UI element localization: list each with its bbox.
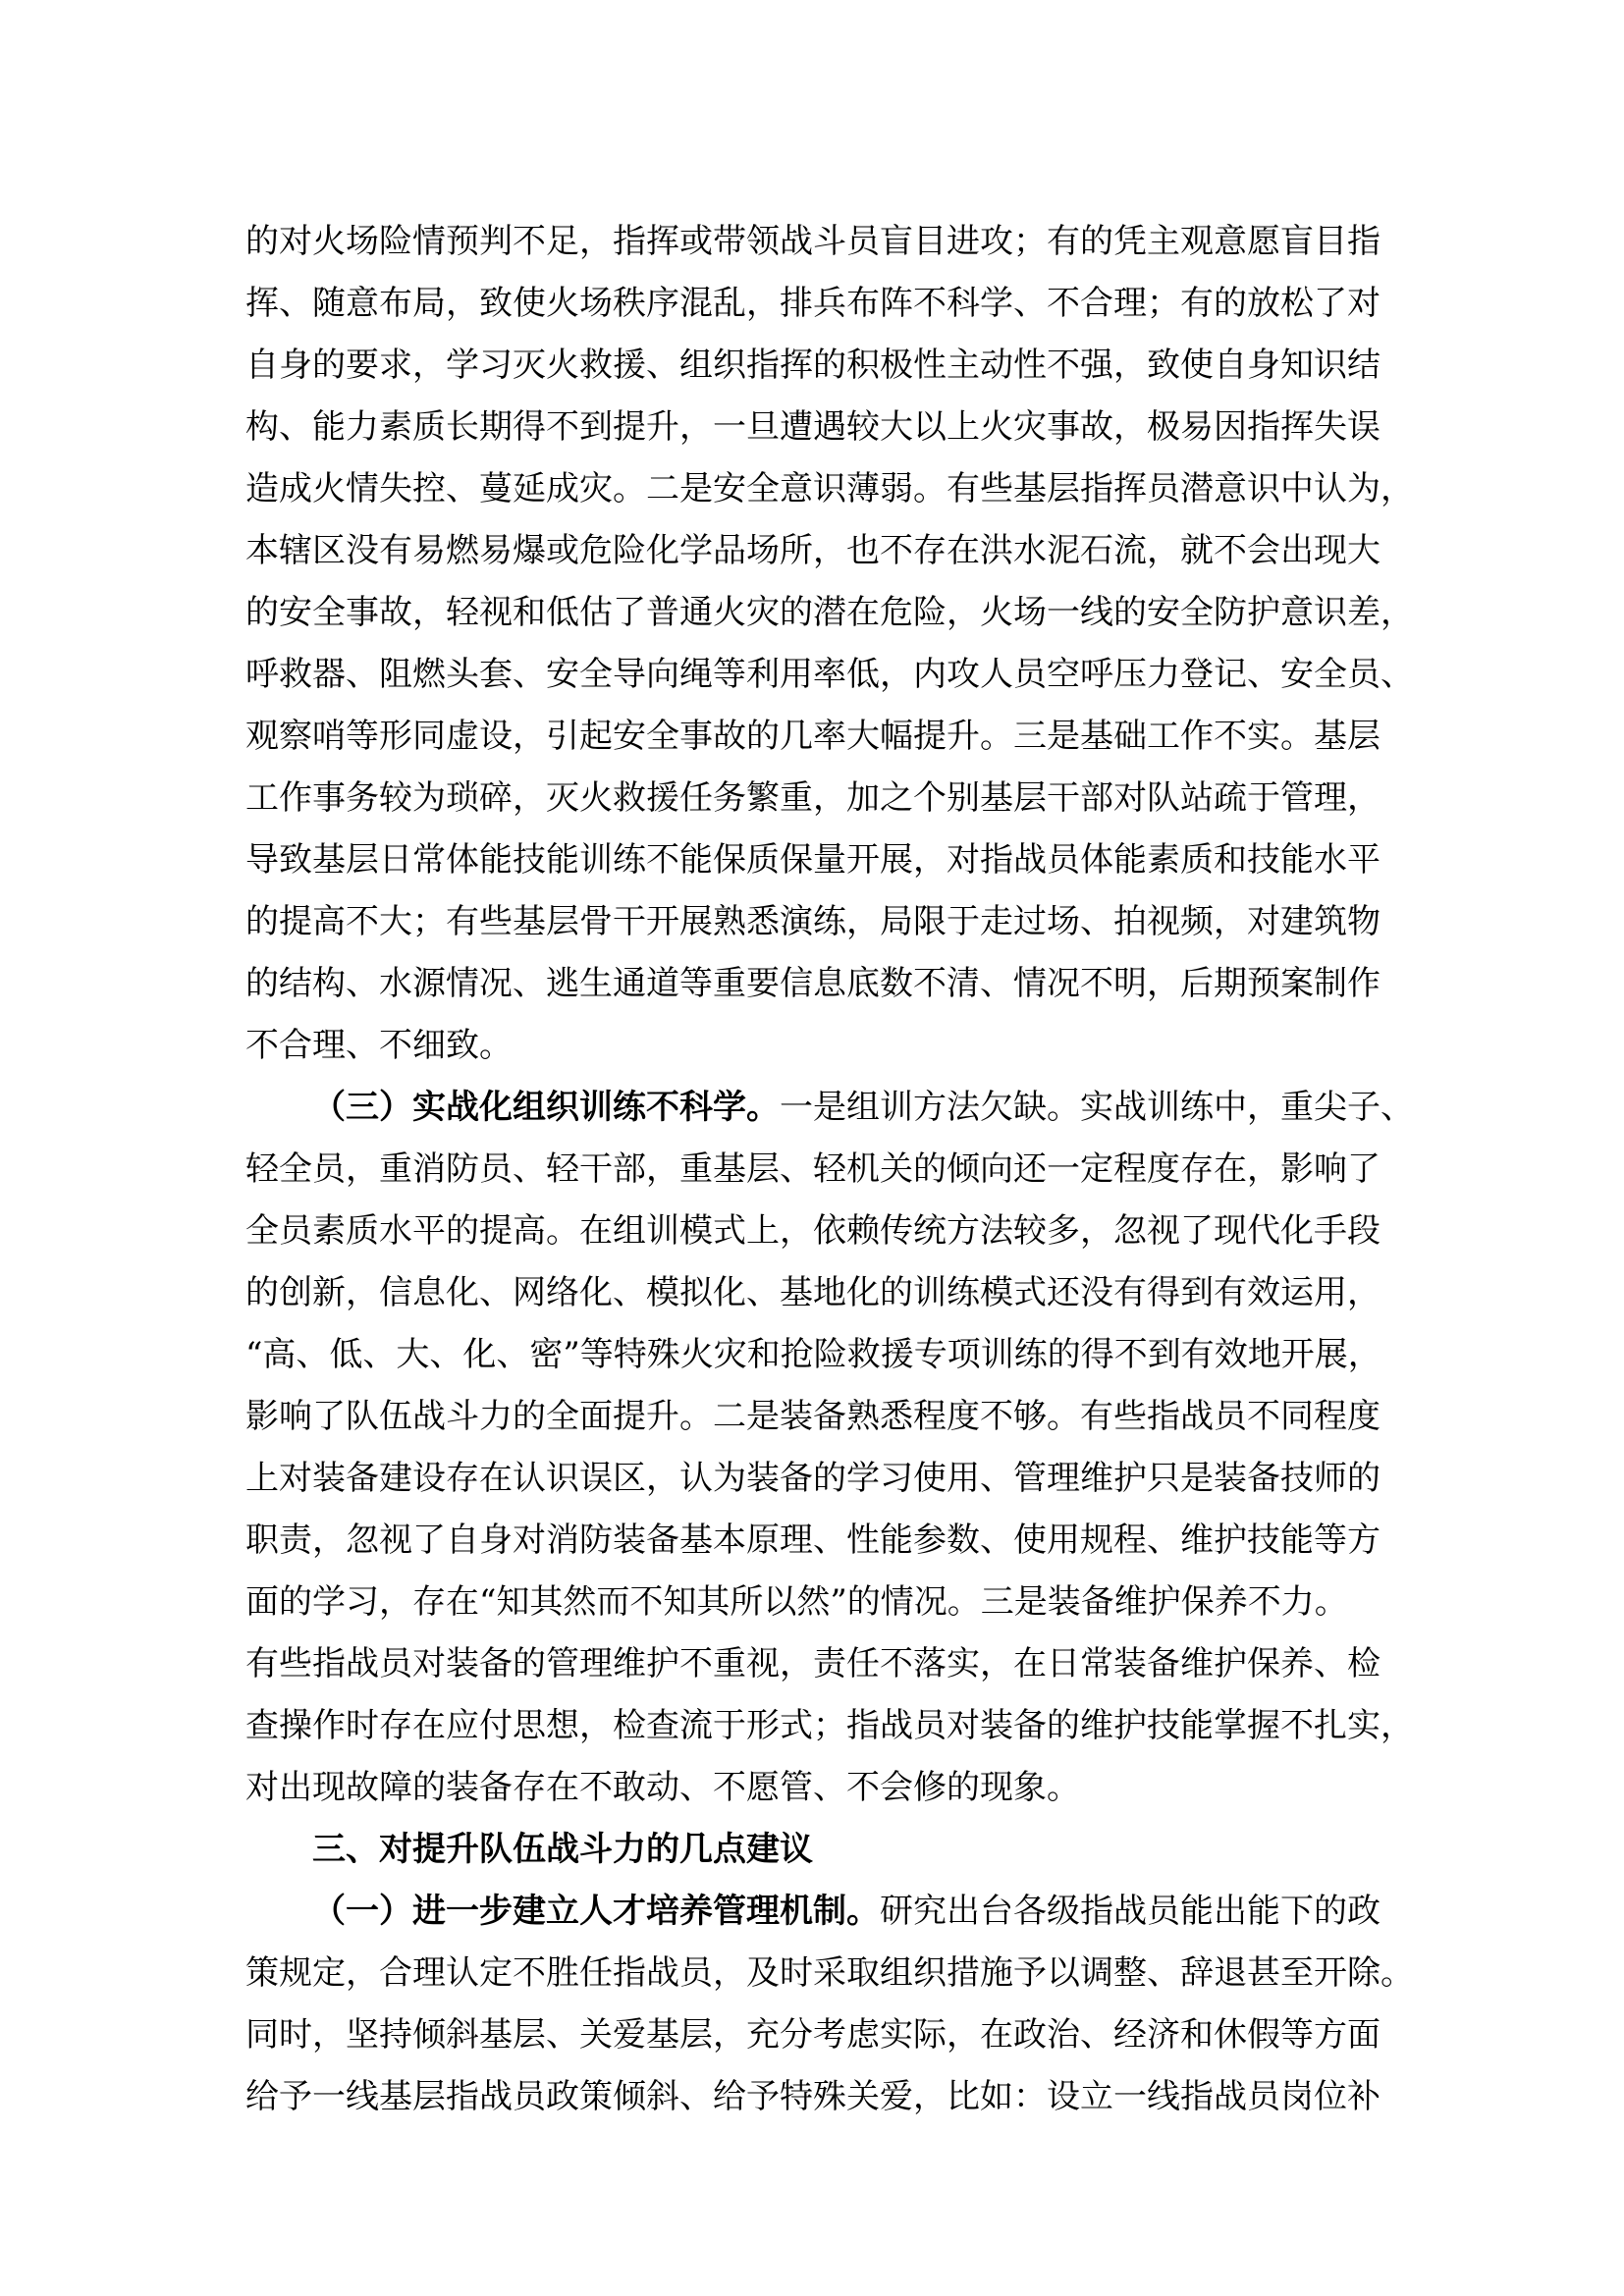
text-run: “高、低、大、化、密”等特殊火灾和抢险救援专项训练的得不到有效地开展， xyxy=(245,1335,1381,1374)
text-run: 查操作时存在应付思想，检查流于形式；指战员对装备的维护技能掌握不扎实， xyxy=(245,1706,1414,1745)
text-line: 有些指战员对装备的管理维护不重视，责任不落实，在日常装备维护保养、检 xyxy=(245,1633,1380,1695)
bold-text-run: （一）进一步建立人才培养管理机制。 xyxy=(312,1892,880,1931)
text-run: 本辖区没有易燃易爆或危险化学品场所，也不存在洪水泥石流，就不会出现大 xyxy=(245,531,1380,570)
text-run: 给予一线基层指战员政策倾斜、给予特殊关爱，比如：设立一线指战员岗位补 xyxy=(245,2077,1380,2116)
text-run: 策规定，合理认定不胜任指战员，及时采取组织措施予以调整、辞退甚至开除。 xyxy=(245,1953,1414,1993)
text-line: 的安全事故，轻视和低估了普通火灾的潜在危险，火场一线的安全防护意识差， xyxy=(245,582,1380,644)
text-line: 的对火场险情预判不足，指挥或带领战斗员盲目进攻；有的凭主观意愿盲目指 xyxy=(245,211,1380,273)
text-line: 上对装备建设存在认识误区，认为装备的学习使用、管理维护只是装备技师的 xyxy=(245,1448,1380,1510)
text-run: 面的学习，存在“知其然而不知其所以然”的情况。三是装备维护保养不力。 xyxy=(245,1582,1348,1622)
text-line: （一）进一步建立人才培养管理机制。研究出台各级指战员能出能下的政 xyxy=(245,1881,1380,1943)
text-line: 面的学习，存在“知其然而不知其所以然”的情况。三是装备维护保养不力。 xyxy=(245,1572,1380,1633)
text-run: 观察哨等形同虚设，引起安全事故的几率大幅提升。三是基础工作不实。基层 xyxy=(245,717,1380,756)
text-line: “高、低、大、化、密”等特殊火灾和抢险救援专项训练的得不到有效地开展， xyxy=(245,1324,1380,1386)
text-line: 三、对提升队伍战斗力的几点建议 xyxy=(245,1819,1380,1881)
text-line: 不合理、不细致。 xyxy=(245,1015,1380,1077)
text-run: 的对火场险情预判不足，指挥或带领战斗员盲目进攻；有的凭主观意愿盲目指 xyxy=(245,222,1380,261)
text-line: 的创新，信息化、网络化、模拟化、基地化的训练模式还没有得到有效运用， xyxy=(245,1262,1380,1324)
text-run: 有些指战员对装备的管理维护不重视，责任不落实，在日常装备维护保养、检 xyxy=(245,1644,1380,1683)
bold-text-run: 三、对提升队伍战斗力的几点建议 xyxy=(312,1830,813,1869)
text-line: 挥、随意布局，致使火场秩序混乱，排兵布阵不科学、不合理；有的放松了对 xyxy=(245,273,1380,335)
text-line: 本辖区没有易燃易爆或危险化学品场所，也不存在洪水泥石流，就不会出现大 xyxy=(245,520,1380,582)
text-run: 全员素质水平的提高。在组训模式上，依赖传统方法较多，忽视了现代化手段 xyxy=(245,1211,1380,1251)
text-run: 不合理、不细致。 xyxy=(245,1026,513,1065)
text-line: 对出现故障的装备存在不敢动、不愿管、不会修的现象。 xyxy=(245,1757,1380,1819)
text-line: 查操作时存在应付思想，检查流于形式；指战员对装备的维护技能掌握不扎实， xyxy=(245,1695,1380,1757)
text-run: 的结构、水源情况、逃生通道等重要信息底数不清、情况不明，后期预案制作 xyxy=(245,964,1380,1003)
text-line: 同时，坚持倾斜基层、关爱基层，充分考虑实际，在政治、经济和休假等方面 xyxy=(245,2004,1380,2066)
text-line: （三）实战化组织训练不科学。一是组训方法欠缺。实战训练中，重尖子、 xyxy=(245,1077,1380,1139)
text-line: 造成火情失控、蔓延成灾。二是安全意识薄弱。有些基层指挥员潜意识中认为， xyxy=(245,458,1380,520)
text-run: 的创新，信息化、网络化、模拟化、基地化的训练模式还没有得到有效运用， xyxy=(245,1273,1380,1312)
text-run: 同时，坚持倾斜基层、关爱基层，充分考虑实际，在政治、经济和休假等方面 xyxy=(245,2015,1380,2055)
text-line: 工作事务较为琐碎，灭火救援任务繁重，加之个别基层干部对队站疏于管理， xyxy=(245,768,1380,829)
document-text: 的对火场险情预判不足，指挥或带领战斗员盲目进攻；有的凭主观意愿盲目指挥、随意布局… xyxy=(245,211,1380,2128)
text-run: 挥、随意布局，致使火场秩序混乱，排兵布阵不科学、不合理；有的放松了对 xyxy=(245,284,1380,323)
text-run: 的提高不大；有些基层骨干开展熟悉演练，局限于走过场、拍视频，对建筑物 xyxy=(245,902,1380,941)
text-run: 造成火情失控、蔓延成灾。二是安全意识薄弱。有些基层指挥员潜意识中认为， xyxy=(245,469,1414,508)
text-line: 给予一线基层指战员政策倾斜、给予特殊关爱，比如：设立一线指战员岗位补 xyxy=(245,2066,1380,2128)
text-line: 策规定，合理认定不胜任指战员，及时采取组织措施予以调整、辞退甚至开除。 xyxy=(245,1943,1380,2004)
text-line: 构、能力素质长期得不到提升，一旦遭遇较大以上火灾事故，极易因指挥失误 xyxy=(245,397,1380,458)
text-run: 构、能力素质长期得不到提升，一旦遭遇较大以上火灾事故，极易因指挥失误 xyxy=(245,407,1380,447)
text-run: 研究出台各级指战员能出能下的政 xyxy=(880,1892,1380,1931)
text-run: 导致基层日常体能技能训练不能保质保量开展，对指战员体能素质和技能水平 xyxy=(245,840,1380,880)
text-run: 的安全事故，轻视和低估了普通火灾的潜在危险，火场一线的安全防护意识差， xyxy=(245,593,1414,632)
text-line: 导致基层日常体能技能训练不能保质保量开展，对指战员体能素质和技能水平 xyxy=(245,829,1380,891)
text-line: 呼救器、阻燃头套、安全导向绳等利用率低，内攻人员空呼压力登记、安全员、 xyxy=(245,644,1380,706)
text-line: 观察哨等形同虚设，引起安全事故的几率大幅提升。三是基础工作不实。基层 xyxy=(245,706,1380,768)
text-run: 轻全员，重消防员、轻干部，重基层、轻机关的倾向还一定程度存在，影响了 xyxy=(245,1149,1380,1189)
text-line: 影响了队伍战斗力的全面提升。二是装备熟悉程度不够。有些指战员不同程度 xyxy=(245,1386,1380,1448)
text-run: 对出现故障的装备存在不敢动、不愿管、不会修的现象。 xyxy=(245,1768,1080,1807)
text-line: 轻全员，重消防员、轻干部，重基层、轻机关的倾向还一定程度存在，影响了 xyxy=(245,1139,1380,1201)
text-line: 的提高不大；有些基层骨干开展熟悉演练，局限于走过场、拍视频，对建筑物 xyxy=(245,891,1380,953)
text-run: 上对装备建设存在认识误区，认为装备的学习使用、管理维护只是装备技师的 xyxy=(245,1459,1380,1498)
text-line: 职责，忽视了自身对消防装备基本原理、性能参数、使用规程、维护技能等方 xyxy=(245,1510,1380,1572)
text-line: 自身的要求，学习灭火救援、组织指挥的积极性主动性不强，致使自身知识结 xyxy=(245,335,1380,397)
document-page: 的对火场险情预判不足，指挥或带领战斗员盲目进攻；有的凭主观意愿盲目指挥、随意布局… xyxy=(0,0,1624,2296)
bold-text-run: （三）实战化组织训练不科学。 xyxy=(312,1088,780,1127)
text-line: 的结构、水源情况、逃生通道等重要信息底数不清、情况不明，后期预案制作 xyxy=(245,953,1380,1015)
text-line: 全员素质水平的提高。在组训模式上，依赖传统方法较多，忽视了现代化手段 xyxy=(245,1201,1380,1262)
text-run: 自身的要求，学习灭火救援、组织指挥的积极性主动性不强，致使自身知识结 xyxy=(245,346,1380,385)
text-run: 工作事务较为琐碎，灭火救援任务繁重，加之个别基层干部对队站疏于管理， xyxy=(245,778,1380,818)
text-run: 影响了队伍战斗力的全面提升。二是装备熟悉程度不够。有些指战员不同程度 xyxy=(245,1397,1380,1436)
text-run: 呼救器、阻燃头套、安全导向绳等利用率低，内攻人员空呼压力登记、安全员、 xyxy=(245,655,1414,694)
text-run: 职责，忽视了自身对消防装备基本原理、性能参数、使用规程、维护技能等方 xyxy=(245,1521,1380,1560)
text-run: 一是组训方法欠缺。实战训练中，重尖子、 xyxy=(780,1088,1414,1127)
